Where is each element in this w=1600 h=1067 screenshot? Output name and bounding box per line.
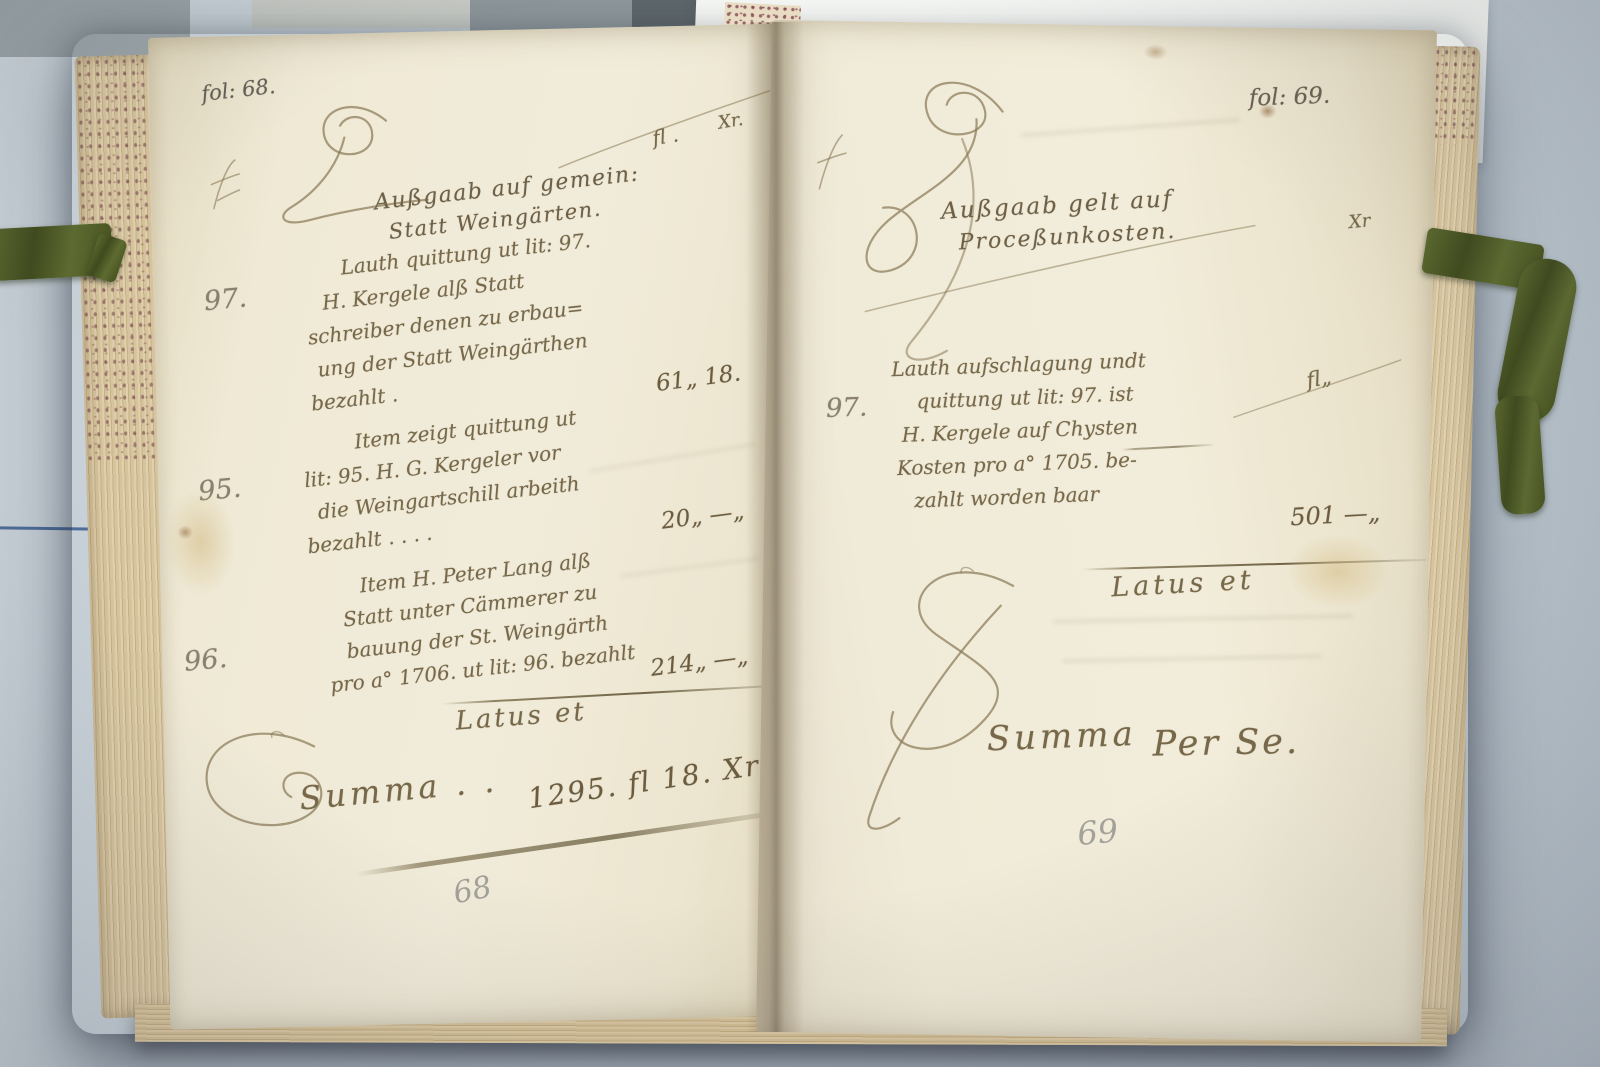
- summa-value: Per Se.: [1152, 722, 1300, 765]
- column-header-fl: fl .: [651, 122, 681, 150]
- photo-of-open-ledger: fol: 68. Außgaab auf gemein: Statt Weing…: [0, 0, 1600, 1067]
- entry-amount: 501 —„: [1290, 498, 1381, 531]
- column-header-xr: Xr.: [717, 109, 745, 134]
- column-header-xr: Xr: [1348, 210, 1371, 233]
- entry-text-block: Lauth quittung ut lit: 97. H. Kergele al…: [293, 224, 607, 421]
- entry-text-block: Lauth aufschlagung undt quittung ut lit:…: [879, 344, 1151, 519]
- bleedthrough-mark: [621, 557, 760, 578]
- bleedthrough-mark: [1053, 614, 1353, 624]
- heading-initial-flourish: [270, 102, 433, 236]
- entry-amount: 61„ 18.: [655, 360, 743, 397]
- entry-text-block: Item zeigt quittung ut lit: 95. H. G. Ke…: [287, 401, 589, 564]
- page-heading-line1: Außgaab gelt auf: [941, 186, 1174, 225]
- summa-label: Summa . .: [298, 761, 500, 817]
- page-heading-line2: Proceßunkosten.: [958, 219, 1177, 256]
- entry-ref: 97.: [203, 282, 249, 317]
- pencil-folio-number: 69: [1076, 811, 1120, 852]
- latus-rule: [441, 684, 786, 705]
- bleedthrough-mark: [1020, 118, 1240, 138]
- bleedthrough-mark: [589, 442, 757, 472]
- green-ribbon-right-tail: [1494, 395, 1546, 516]
- column-header-fl: fl„: [1305, 365, 1333, 393]
- left-page: fol: 68. Außgaab auf gemein: Statt Weing…: [148, 23, 812, 1029]
- background-sheet: [252, 0, 477, 28]
- margin-mark: [809, 129, 852, 200]
- page-stain: [1143, 44, 1167, 60]
- summa-initial-flourish: [851, 559, 1065, 842]
- right-page: fol: 69. Außgaab gelt auf Proceßunkosten…: [756, 20, 1437, 1042]
- entry-amount: 214„ —„: [649, 644, 750, 682]
- page-stain: [1285, 533, 1391, 610]
- margin-mark: [203, 154, 246, 219]
- folio-label: fol: 68.: [200, 74, 276, 106]
- bleedthrough-mark: [1062, 654, 1322, 663]
- entry-ref: 96.: [183, 643, 229, 678]
- page-stain: [177, 525, 193, 539]
- summa-value: 1295. fl 18. Xr.: [526, 748, 770, 816]
- folio-label: fol: 69.: [1248, 83, 1330, 112]
- entry-amount: 20„ —„: [660, 498, 746, 534]
- summa-slash-stroke: [356, 809, 784, 876]
- latus-label: Latus et: [1110, 565, 1255, 604]
- entry-text-block: Item H. Peter Lang alß Statt unter Cämme…: [292, 540, 636, 704]
- pencil-folio-number: 68: [450, 869, 494, 911]
- entry-ref: 95.: [197, 473, 243, 508]
- entry-ref: 97.: [825, 392, 867, 423]
- summa-label: Summa: [986, 714, 1137, 759]
